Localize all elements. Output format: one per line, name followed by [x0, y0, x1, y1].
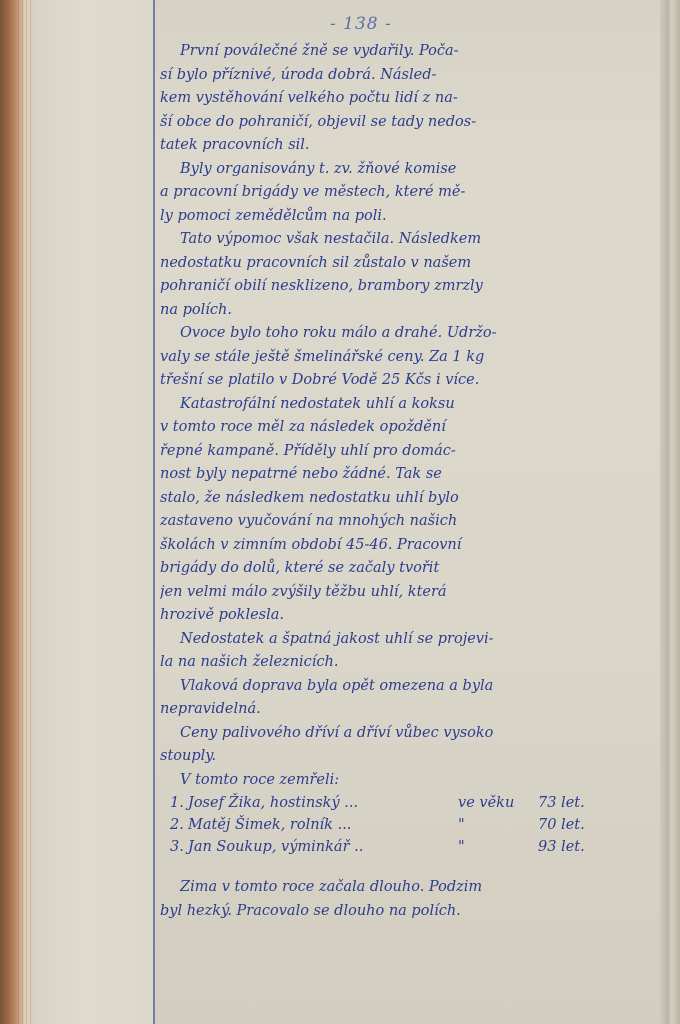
entry-number: 1.: [160, 792, 188, 814]
left-page-blank: [34, 0, 154, 1024]
death-entry: 1. Josef Žika, hostinský ... ve věku 73 …: [160, 792, 655, 814]
text-line: v tomto roce měl za následek opoždění: [160, 416, 655, 440]
spacer: [160, 858, 655, 876]
entry-age-label: ": [458, 814, 538, 836]
text-line: kem vystěhování velkého počtu lidí z na-: [160, 87, 655, 111]
text-line: byl hezký. Pracovalo se dlouho na polích…: [160, 900, 655, 924]
text-line: První poválečné žně se vydařily. Poča-: [160, 40, 655, 64]
deaths-list: 1. Josef Žika, hostinský ... ve věku 73 …: [160, 792, 655, 858]
paragraph-firewood: Ceny palivového dříví a dříví vůbec vyso…: [160, 722, 655, 769]
deaths-heading: V tomto roce zemřeli:: [160, 769, 655, 793]
paragraph-winter: Zima v tomto roce začala dlouho. Podzim …: [160, 876, 655, 923]
entry-age-label: ": [458, 836, 538, 858]
entry-name: Josef Žika, hostinský ...: [188, 792, 458, 814]
handwritten-text: První poválečné žně se vydařily. Poča- s…: [160, 40, 655, 923]
text-line: Vlaková doprava byla opět omezena a byla: [160, 675, 655, 699]
text-line: zastaveno vyučování na mnohých našich: [160, 510, 655, 534]
text-line: Nedostatek a špatná jakost uhlí se proje…: [160, 628, 655, 652]
entry-age: 73 let.: [538, 792, 608, 814]
text-line: na polích.: [160, 299, 655, 323]
text-line: Tato výpomoc však nestačila. Následkem: [160, 228, 655, 252]
book-spine: [0, 0, 34, 1024]
text-line: pohraničí obilí nesklizeno, brambory zmr…: [160, 275, 655, 299]
text-line: stalo, že následkem nedostatku uhlí bylo: [160, 487, 655, 511]
paragraph-trains: Vlaková doprava byla opět omezena a byla…: [160, 675, 655, 722]
text-line: stouply.: [160, 745, 655, 769]
text-line: ší obce do pohraničí, objevil se tady ne…: [160, 111, 655, 135]
paragraph-harvest: První poválečné žně se vydařily. Poča- s…: [160, 40, 655, 158]
text-line: Katastrofální nedostatek uhlí a koksu: [160, 393, 655, 417]
text-line: Zima v tomto roce začala dlouho. Podzim: [160, 876, 655, 900]
text-line: ly pomoci zemědělcům na poli.: [160, 205, 655, 229]
entry-age: 70 let.: [538, 814, 608, 836]
text-line: la na našich železnicích.: [160, 651, 655, 675]
paragraph-railways: Nedostatek a špatná jakost uhlí se proje…: [160, 628, 655, 675]
text-line: jen velmi málo zvýšily těžbu uhlí, která: [160, 581, 655, 605]
paragraph-coal: Katastrofální nedostatek uhlí a koksu v …: [160, 393, 655, 628]
text-line: valy se stále ještě šmelinářské ceny. Za…: [160, 346, 655, 370]
entry-number: 3.: [160, 836, 188, 858]
paragraph-commissions: Byly organisovány t. zv. žňové komise a …: [160, 158, 655, 229]
entry-age-label: ve věku: [458, 792, 538, 814]
text-line: a pracovní brigády ve městech, které mě-: [160, 181, 655, 205]
margin-rule: [153, 0, 155, 1024]
death-entry: 3. Jan Soukup, výminkář .. " 93 let.: [160, 836, 655, 858]
text-line: školách v zimním období 45-46. Pracovní: [160, 534, 655, 558]
text-line: třešní se platilo v Dobré Vodě 25 Kčs i …: [160, 369, 655, 393]
paragraph-shortage: Tato výpomoc však nestačila. Následkem n…: [160, 228, 655, 322]
page-number: - 138 -: [330, 14, 392, 34]
text-line: hrozivě poklesla.: [160, 604, 655, 628]
text-line: řepné kampaně. Příděly uhlí pro domác-: [160, 440, 655, 464]
entry-age: 93 let.: [538, 836, 608, 858]
text-line: tatek pracovních sil.: [160, 134, 655, 158]
text-line: Ceny palivového dříví a dříví vůbec vyso…: [160, 722, 655, 746]
text-line: sí bylo příznivé, úroda dobrá. Násled-: [160, 64, 655, 88]
paragraph-fruit: Ovoce bylo toho roku málo a drahé. Udržo…: [160, 322, 655, 393]
entry-number: 2.: [160, 814, 188, 836]
text-line: brigády do dolů, které se začaly tvořit: [160, 557, 655, 581]
entry-name: Jan Soukup, výminkář ..: [188, 836, 458, 858]
text-line: Ovoce bylo toho roku málo a drahé. Udržo…: [160, 322, 655, 346]
text-line: nedostatku pracovních sil zůstalo v naše…: [160, 252, 655, 276]
page-edges: [14, 0, 34, 1024]
entry-name: Matěj Šimek, rolník ...: [188, 814, 458, 836]
death-entry: 2. Matěj Šimek, rolník ... " 70 let.: [160, 814, 655, 836]
text-line: nost byly nepatrné nebo žádné. Tak se: [160, 463, 655, 487]
text-line: Byly organisovány t. zv. žňové komise: [160, 158, 655, 182]
text-line: nepravidelná.: [160, 698, 655, 722]
page-edge: [660, 0, 680, 1024]
